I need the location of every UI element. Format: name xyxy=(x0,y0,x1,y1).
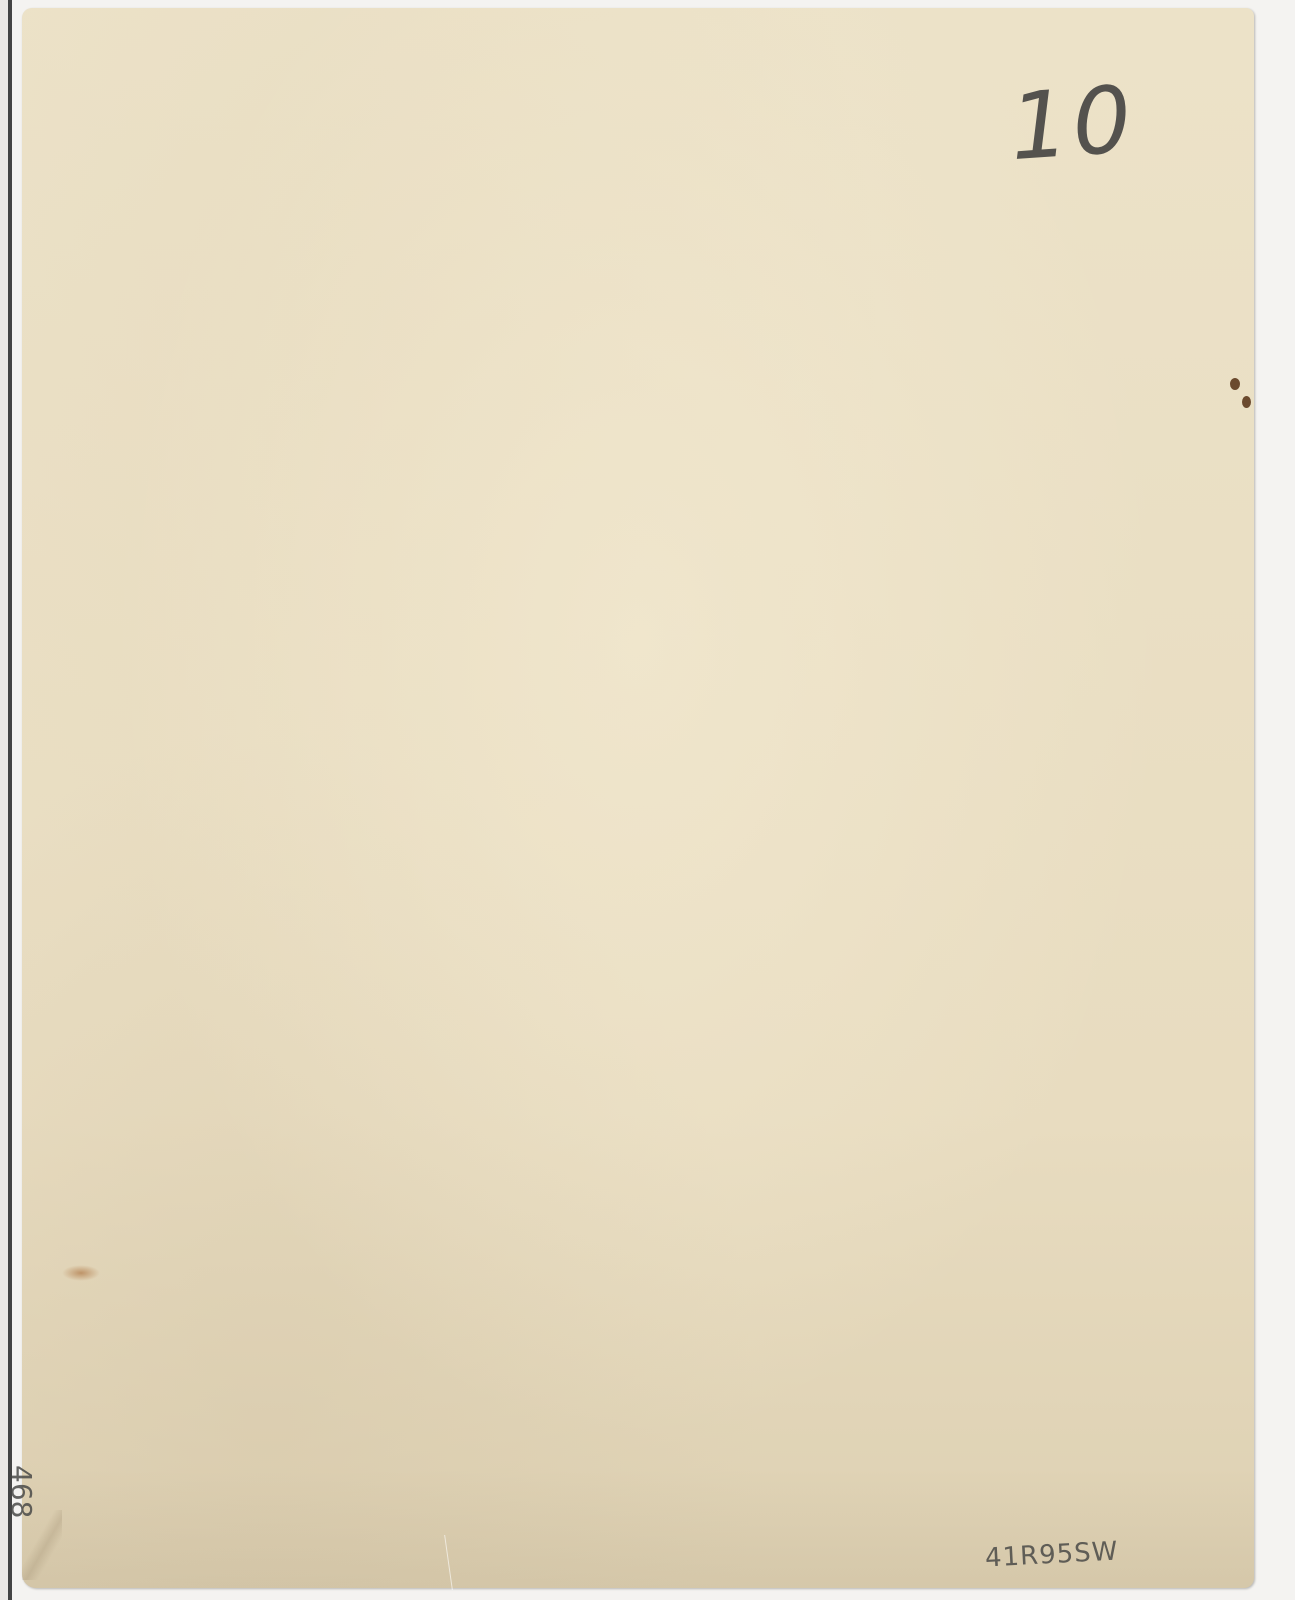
scanner-edge xyxy=(8,0,12,1600)
ink-stain xyxy=(1242,396,1251,408)
page-number-annotation: 10 xyxy=(1006,66,1138,181)
ink-stain xyxy=(1230,378,1240,390)
card-back xyxy=(22,8,1254,1588)
corner-crease xyxy=(22,1510,62,1580)
foxing-stain xyxy=(62,1265,100,1281)
